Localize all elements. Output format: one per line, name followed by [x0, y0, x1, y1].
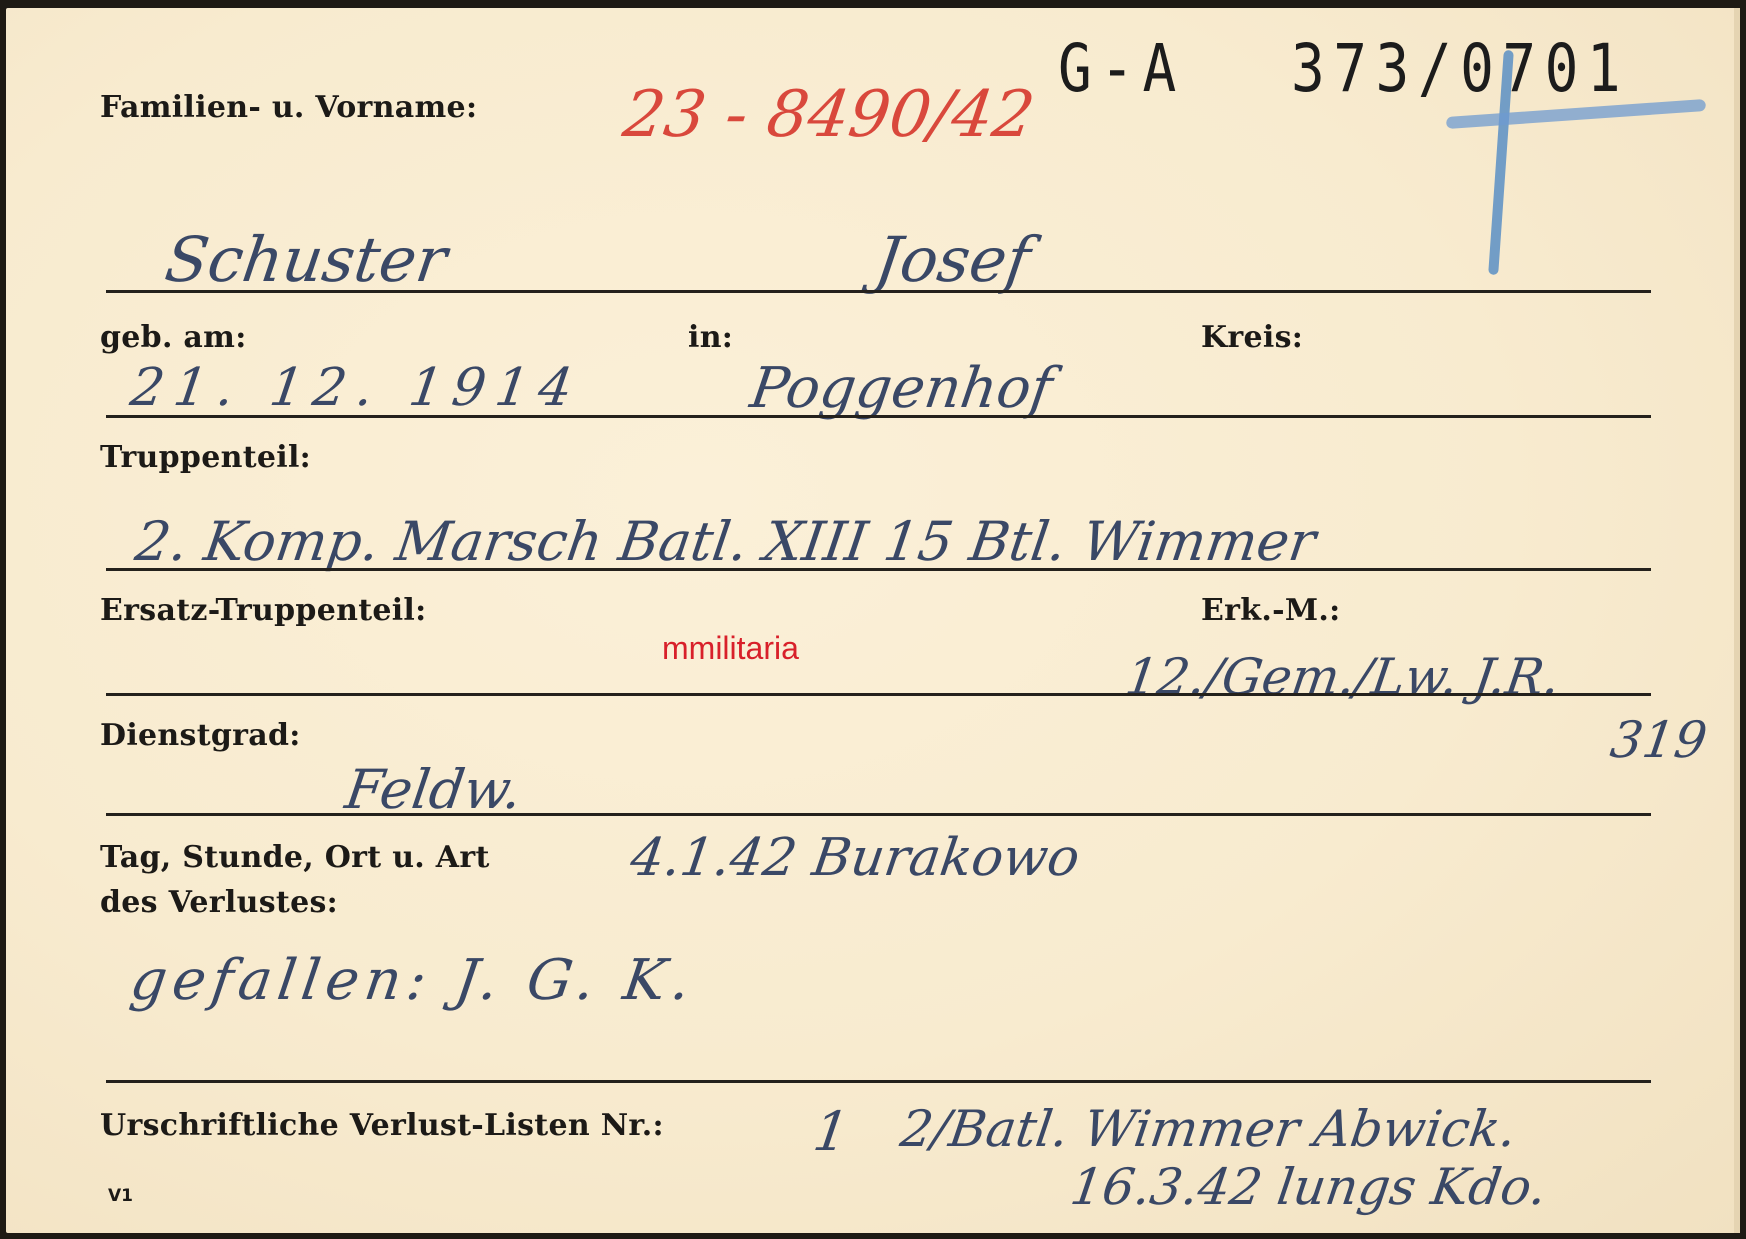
surname-value: Schuster	[161, 223, 451, 296]
district-label: Kreis:	[1201, 320, 1303, 355]
birth-place-label: in:	[688, 320, 733, 355]
stamp-prefix: G-A	[1058, 30, 1185, 107]
form-code: V1	[108, 1186, 133, 1206]
unit-label: Truppenteil:	[100, 440, 311, 475]
name-label: Familien- u. Vorname:	[100, 90, 477, 125]
lists-number-value: 1	[810, 1100, 853, 1163]
loss-label-line1: Tag, Stunde, Ort u. Art	[100, 840, 490, 875]
unit-value: 2. Komp. Marsch Batl. XIII 15 Btl. Wimme…	[132, 510, 1320, 573]
given-name-value: Josef	[871, 223, 1035, 296]
rule-name	[106, 290, 1651, 293]
id-tag-value: 12./Gem./Lw. J.R.	[1122, 648, 1564, 706]
rank-value: Feldw.	[342, 758, 526, 821]
rank-label: Dienstgrad:	[100, 718, 301, 753]
id-tag-label: Erk.-M.:	[1201, 593, 1340, 628]
card-edge	[1734, 8, 1740, 1233]
replacement-unit-label: Ersatz-Truppenteil:	[100, 593, 427, 628]
birth-date-label: geb. am:	[100, 320, 247, 355]
loss-record-card: G-A 373/0701 23 - 8490/42 Familien- u. V…	[6, 8, 1740, 1233]
lists-entry-line1: 2/Batl. Wimmer Abwick.	[897, 1100, 1520, 1158]
lists-entry-line2: 16.3.42 lungs Kdo.	[1067, 1158, 1550, 1216]
loss-date-place-value: 4.1.42 Burakowo	[627, 828, 1084, 888]
watermark: mmilitaria	[662, 630, 799, 667]
loss-type-value: gefallen: J. G. K.	[126, 948, 700, 1013]
rule-replacement	[106, 693, 1651, 696]
rule-unit	[106, 568, 1651, 571]
rule-birth	[106, 415, 1651, 418]
birth-date-value: 21. 12. 1914	[127, 358, 586, 418]
rule-rank	[106, 813, 1651, 816]
stamp-number: 373/0701	[1291, 30, 1629, 107]
id-tag-value-line2: 319	[1607, 711, 1711, 769]
rule-loss	[106, 1080, 1651, 1083]
red-reference-number: 23 - 8490/42	[619, 78, 1039, 152]
birth-place-value: Poggenhof	[746, 356, 1056, 421]
loss-label-line2: des Verlustes:	[100, 885, 338, 920]
lists-label: Urschriftliche Verlust-Listen Nr.:	[100, 1108, 664, 1143]
